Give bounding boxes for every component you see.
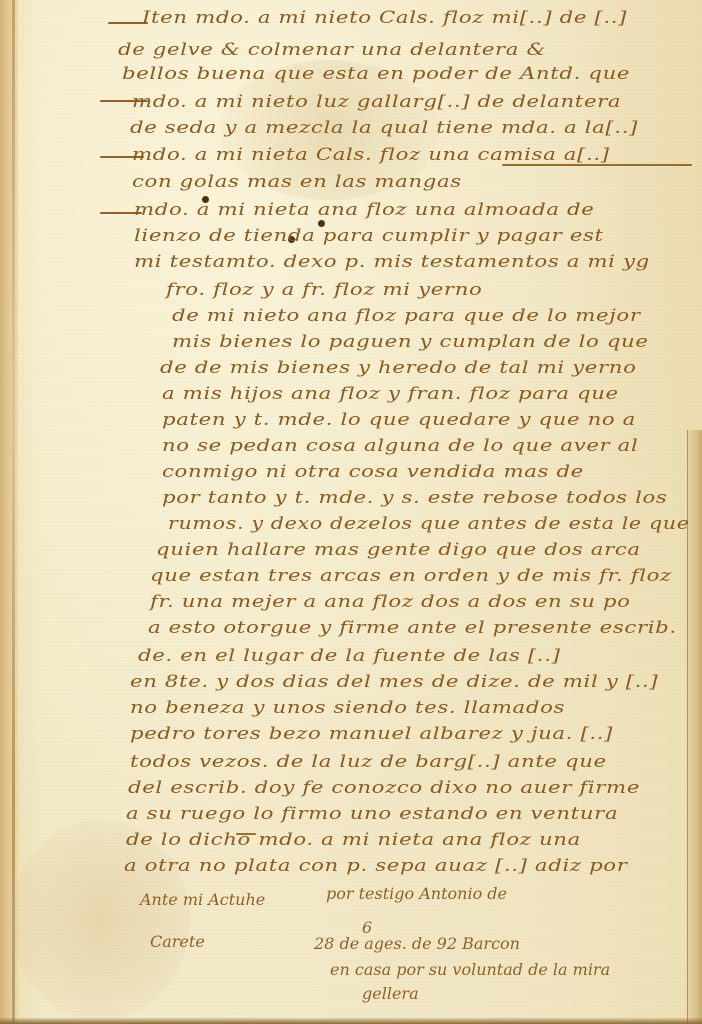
manuscript-line: de lo dicho mdo. a mi nieta ana floz una: [126, 830, 581, 850]
manuscript-line: en 8te. y dos dias del mes de dize. de m…: [130, 672, 658, 692]
manuscript-line: de mi nieto ana floz para que de lo mejo…: [172, 306, 641, 326]
manuscript-line: pedro tores bezo manuel albarez y jua. […: [130, 724, 613, 744]
manuscript-line: quien hallare mas gente digo que dos arc…: [156, 540, 641, 560]
manuscript-line: mis bienes lo paguen y cumplan de lo que: [172, 332, 649, 352]
paper-stain: [10, 820, 190, 1020]
manuscript-line: mdo. a mi nieta ana floz una almoada de: [134, 200, 594, 220]
manuscript-line: de. en el lugar de la fuente de las [..]: [138, 646, 561, 666]
manuscript-line: fro. floz y a fr. floz mi yerno: [166, 280, 482, 300]
manuscript-line: de de mis bienes y heredo de tal mi yern…: [160, 358, 637, 378]
manuscript-line: de gelve & colmenar una delantera &: [118, 40, 546, 60]
manuscript-line: mdo. a mi nieto luz gallarg[..] de delan…: [132, 92, 621, 112]
manuscript-line: a esto otorgue y firme ante el presente …: [148, 618, 677, 638]
manuscript-line: rumos. y dexo dezelos que antes de esta …: [168, 514, 690, 534]
manuscript-line: no beneza y unos siendo tes. llamados: [130, 698, 565, 718]
manuscript-line: con golas mas en las mangas: [132, 172, 462, 192]
signature-line: gellera: [362, 984, 419, 1003]
manuscript-line: conmigo ni otra cosa vendida mas de: [162, 462, 584, 482]
signature-line: 28 de ages. de 92 Barcon: [314, 934, 520, 953]
manuscript-line: mdo. a mi nieta Cals. floz una camisa a[…: [132, 145, 610, 165]
manuscript-line: lienzo de tienda para cumplir y pagar es…: [134, 226, 604, 246]
manuscript-line: a su ruego lo firmo uno estando en ventu…: [126, 804, 618, 824]
manuscript-line: mi testamto. dexo p. mis testamentos a m…: [134, 252, 650, 272]
manuscript-line: fr. una mejer a ana floz dos a dos en su…: [150, 592, 631, 612]
signature-line: Carete: [150, 932, 205, 951]
manuscript-line: del escrib. doy fe conozco dixo no auer …: [128, 778, 640, 798]
manuscript-line: bellos buena que esta en poder de Antd. …: [122, 64, 630, 84]
manuscript-line: que estan tres arcas en orden y de mis f…: [150, 566, 672, 586]
manuscript-line: a mis hijos ana floz y fran. floz para q…: [162, 384, 619, 404]
manuscript-line: todos vezos. de la luz de barg[..] ante …: [130, 752, 607, 772]
page-left-edge: [0, 0, 18, 1024]
manuscript-line: paten y t. mde. lo que quedare y que no …: [162, 410, 636, 430]
manuscript-line: Iten mdo. a mi nieto Cals. floz mi[..] d…: [142, 8, 627, 28]
signature-line: Ante mi Actuhe: [140, 890, 265, 909]
page-left-fold: [12, 0, 15, 1024]
manuscript-line: por tanto y t. mde. y s. este rebose tod…: [162, 488, 667, 508]
manuscript-line: no se pedan cosa alguna de lo que aver a…: [162, 436, 638, 456]
manuscript-page: Iten mdo. a mi nieto Cals. floz mi[..] d…: [0, 0, 702, 1024]
manuscript-line: a otra no plata con p. sepa auaz [..] ad…: [124, 856, 628, 876]
manuscript-line: de seda y a mezcla la qual tiene mda. a …: [130, 118, 638, 138]
signature-line: en casa por su voluntad de la mira: [330, 960, 610, 979]
signature-line: por testigo Antonio de: [326, 884, 507, 903]
